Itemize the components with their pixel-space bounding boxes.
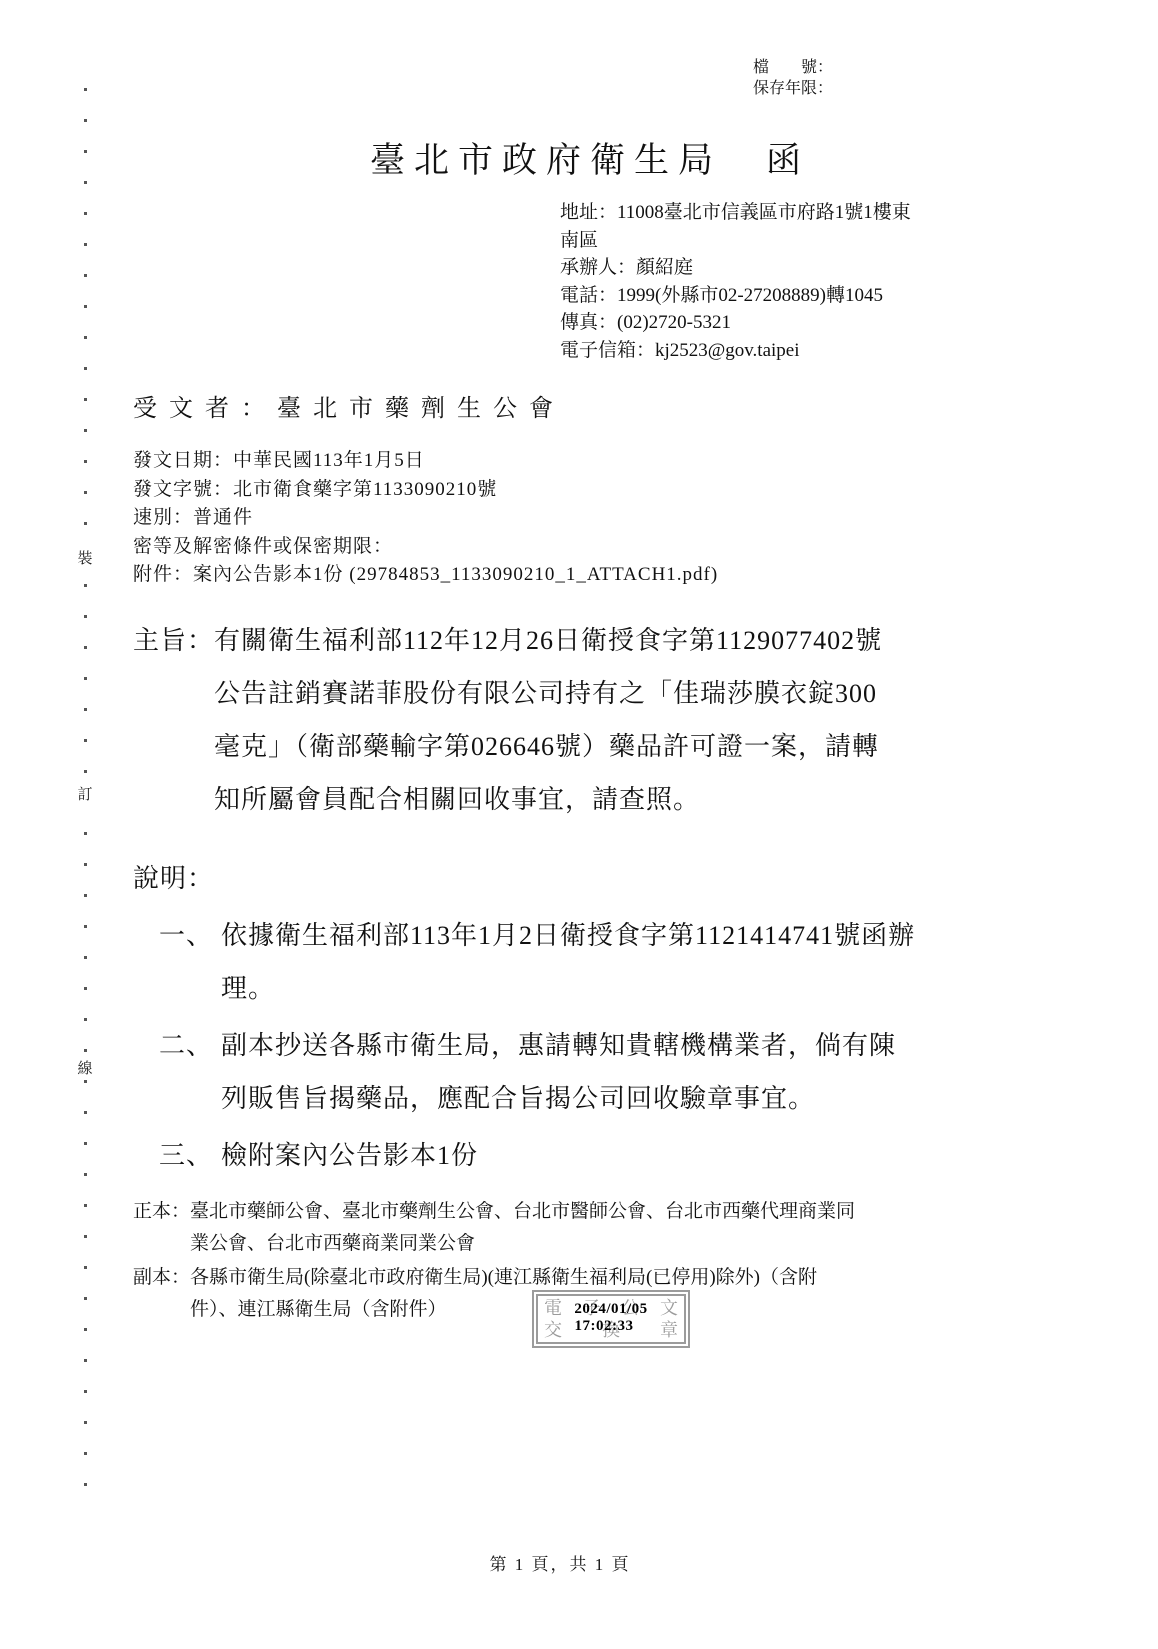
sender-fax: 傳真：(02)2720-5321 <box>560 309 1020 337</box>
description-label: 說明： <box>133 852 1133 905</box>
stamp-timestamp: 2024/01/05 17:02:33 <box>538 1301 684 1335</box>
binding-char-zhuang: 裝 <box>74 550 96 568</box>
security-class-line: 密等及解密條件或保密期限： <box>133 533 933 562</box>
item-text: 檢附案內公告影本1份 <box>221 1129 1133 1182</box>
issue-date-line: 發文日期：中華民國113年1月5日 <box>133 447 933 476</box>
subject-text: 有關衛生福利部112年12月26日衛授食字第1129077402號 公告註銷賽諾… <box>214 614 1113 826</box>
original-recipients-label: 正本： <box>133 1196 190 1228</box>
attachment-line: 附件：案內公告影本1份 (29784853_1133090210_1_ATTAC… <box>133 561 933 590</box>
binding-char-xian: 線 <box>74 1060 96 1078</box>
description-item: 一、 依據衛生福利部113年1月2日衛授食字第1121414741號函辦 理。 <box>133 909 1133 1015</box>
sender-phone: 電話：1999(外縣市02-27208889)轉1045 <box>560 282 1020 310</box>
copy-recipients-label: 副本： <box>133 1262 190 1294</box>
item-text: 副本抄送各縣市衛生局，惠請轉知貴轄機構業者，倘有陳 列販售旨揭藥品，應配合旨揭公… <box>221 1019 1133 1125</box>
issue-number-line: 發文字號：北市衛食藥字第1133090210號 <box>133 476 933 505</box>
subject-label: 主旨： <box>133 614 214 667</box>
archive-number-block: 檔 號： 保存年限： <box>753 57 833 99</box>
description-item: 三、 檢附案內公告影本1份 <box>133 1129 1133 1182</box>
sender-info-block: 地址：11008臺北市信義區市府路1號1樓東 南區 承辦人：顏紹庭 電話：199… <box>560 199 1020 364</box>
retention-period-label: 保存年限： <box>753 78 833 99</box>
stamp-time: 17:02:33 <box>524 1318 684 1335</box>
item-text: 依據衛生福利部113年1月2日衛授食字第1121414741號函辦 理。 <box>221 909 1133 1015</box>
recipient-line: 受文者：臺北市藥劑生公會 <box>133 388 565 423</box>
sender-address: 地址：11008臺北市信義區市府路1號1樓東 南區 <box>560 199 1020 254</box>
sender-email: 電子信箱：kj2523@gov.taipei <box>560 337 1020 365</box>
stamp-inner-border: 電 子 公 文 交 換 章 2024/01/05 17:02:33 <box>536 1294 686 1344</box>
description-section: 說明： 一、 依據衛生福利部113年1月2日衛授食字第1121414741號函辦… <box>133 852 1133 1182</box>
electronic-exchange-stamp: 電 子 公 文 交 換 章 2024/01/05 17:02:33 <box>532 1290 690 1348</box>
item-number: 一、 <box>159 909 213 962</box>
original-recipients-block: 正本： 臺北市藥師公會、臺北市藥劑生公會、台北市醫師公會、台北市西藥代理商業同 … <box>133 1196 1053 1260</box>
original-recipients-text: 臺北市藥師公會、臺北市藥劑生公會、台北市醫師公會、台北市西藥代理商業同 業公會、… <box>190 1196 1053 1260</box>
speed-class-line: 速別：普通件 <box>133 504 933 533</box>
document-page: 裝 訂 線 檔 號： 保存年限： 臺北市政府衛生局 函 地址：11008臺北市信… <box>0 0 1158 1649</box>
subject-paragraph: 主旨： 有關衛生福利部112年12月26日衛授食字第1129077402號 公告… <box>133 614 1113 826</box>
stamp-date: 2024/01/05 <box>574 1301 647 1317</box>
sender-officer: 承辦人：顏紹庭 <box>560 254 1020 282</box>
page-footer: 第 1 頁，共 1 頁 <box>0 1550 1120 1575</box>
item-number: 二、 <box>159 1019 213 1072</box>
document-title: 臺北市政府衛生局 函 <box>150 133 1030 183</box>
description-item: 二、 副本抄送各縣市衛生局，惠請轉知貴轄機構業者，倘有陳 列販售旨揭藥品，應配合… <box>133 1019 1133 1125</box>
file-number-label: 檔 號： <box>753 57 833 78</box>
binding-char-ding: 訂 <box>74 786 96 804</box>
document-meta-block: 發文日期：中華民國113年1月5日 發文字號：北市衛食藥字第1133090210… <box>133 447 933 590</box>
item-number: 三、 <box>159 1129 213 1182</box>
